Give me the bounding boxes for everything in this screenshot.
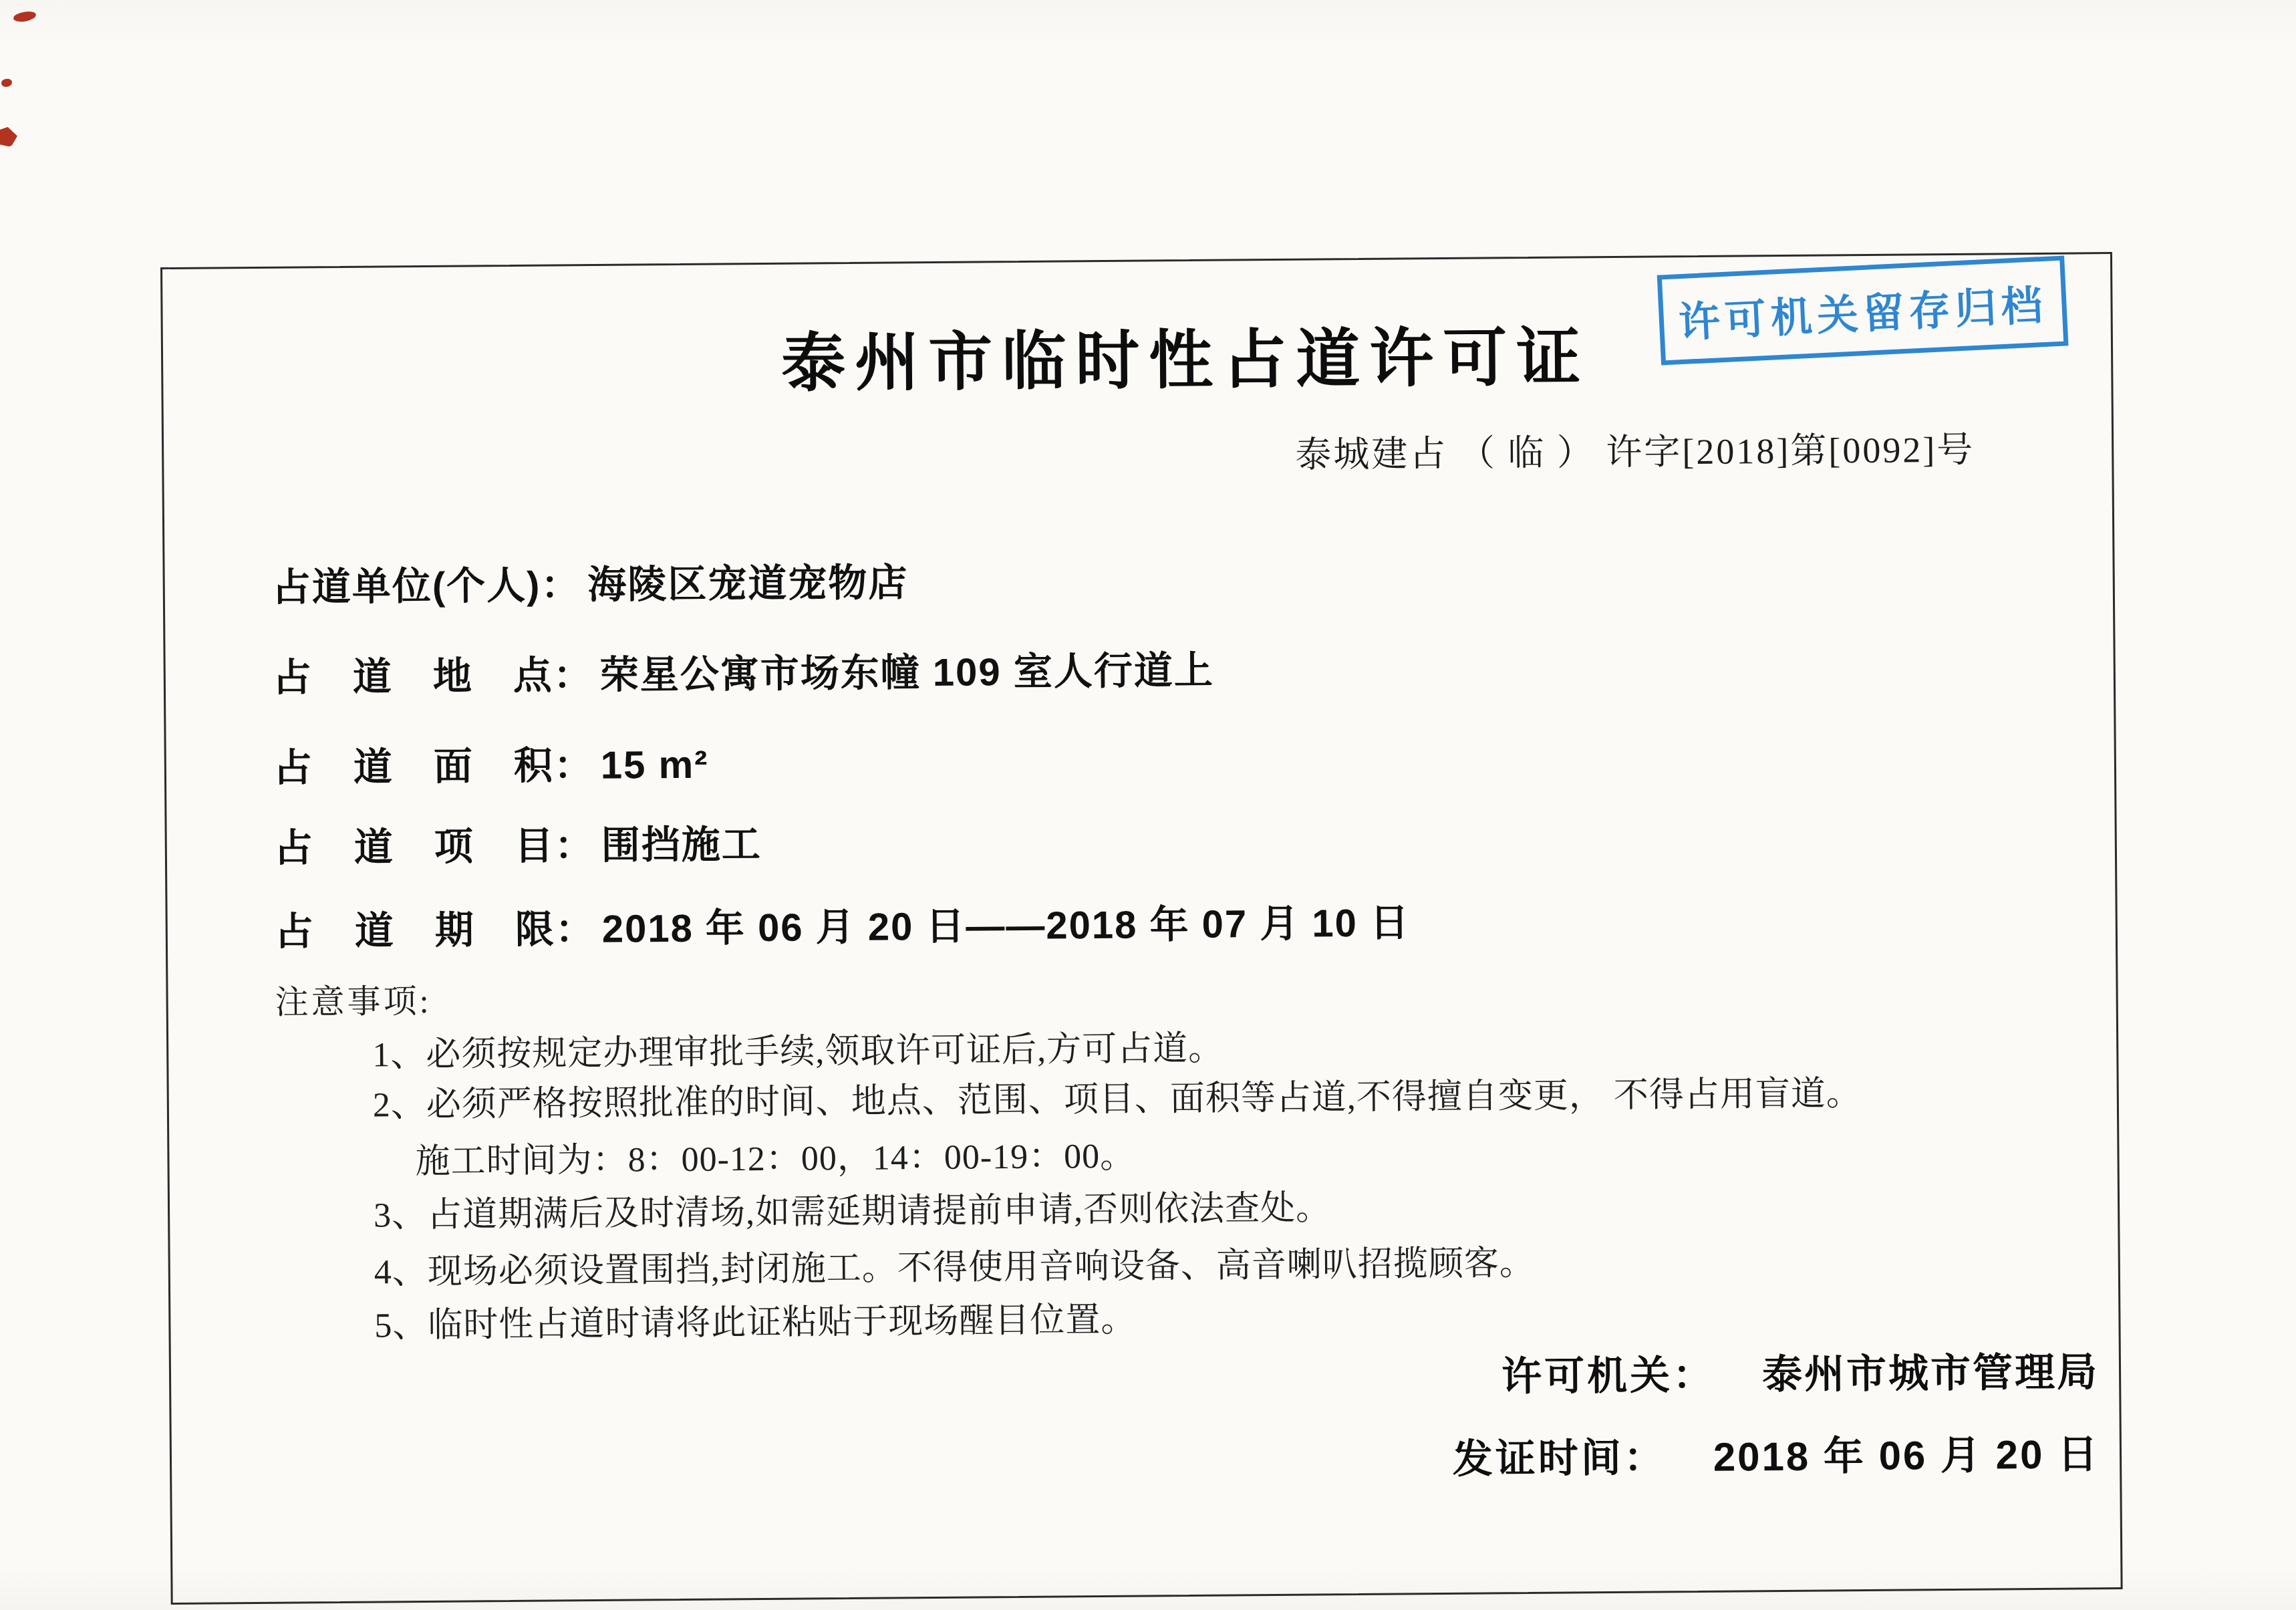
red-scan-artifact	[1, 79, 12, 87]
issuing-authority-row: 许可机关： 泰州市城市管理局	[1501, 1340, 2100, 1402]
archival-stamp: 许可机关留存归档	[1657, 255, 2069, 365]
field-period: 占 道 期 限：2018 年 06 月 20 日——2018 年 07 月 10…	[274, 891, 1410, 956]
field-project-value: 围挡施工	[601, 823, 762, 867]
field-occupier: 占道单位(个人)：海陵区宠道宠物店	[271, 551, 908, 612]
issuing-authority-value: 泰州市城市管理局	[1762, 1340, 2100, 1400]
issue-date-value: 2018 年 06 月 20 日	[1713, 1422, 2100, 1483]
issue-date-row: 发证时间： 2018 年 06 月 20 日	[1452, 1422, 2100, 1485]
issuing-authority-label: 许可机关：	[1501, 1343, 1716, 1403]
red-scan-artifact	[13, 11, 37, 23]
field-location: 占 道 地 点：荣星公寓市场东幢 109 室人行道上	[272, 639, 1214, 702]
field-area-label: 占 道 面 积：	[273, 744, 595, 790]
note-item-4: 4、现场必须设置围挡,封闭施工。不得使用音响设备、高音喇叭招揽顾客。	[374, 1234, 1535, 1294]
note-item-3: 3、占道期满后及时清场,如需延期请提前申请,否则依法查处。	[374, 1179, 1332, 1236]
field-location-label: 占 道 地 点：	[273, 654, 594, 700]
document-number: 泰城建占 （ 临 ） 许字[2018]第[0092]号	[1295, 421, 1975, 478]
field-period-value: 2018 年 06 月 20 日——2018 年 07 月 10 日	[602, 901, 1411, 950]
permit-title: 泰州市临时性占道许可证	[781, 306, 1590, 404]
note-item-5: 5、临时性占道时请将此证粘贴于现场醒目位置。	[374, 1291, 1137, 1347]
permit-border-frame: 泰州市临时性占道许可证 许可机关留存归档 泰城建占 （ 临 ） 许字[2018]…	[160, 252, 2123, 1605]
field-area: 占 道 面 积：15 m²	[273, 733, 709, 793]
note-item-2-continuation: 施工时间为：8：00-12：00，14：00-19：00。	[415, 1127, 1135, 1183]
issue-date-label: 发证时间：	[1452, 1426, 1667, 1485]
field-area-value: 15 m²	[601, 743, 709, 787]
field-project-label: 占 道 项 目：	[274, 824, 595, 870]
field-occupier-label: 占道单位(个人)：	[272, 563, 581, 610]
field-occupier-value: 海陵区宠道宠物店	[587, 561, 909, 607]
red-scan-artifact	[0, 127, 17, 147]
note-item-1: 1、必须按规定办理审批手续,领取许可证后,方可占道。	[372, 1020, 1224, 1077]
scanned-permit-page: 泰州市临时性占道许可证 许可机关留存归档 泰城建占 （ 临 ） 许字[2018]…	[0, 0, 2296, 1610]
notes-heading: 注意事项:	[275, 974, 431, 1024]
field-project: 占 道 项 目：围挡施工	[273, 813, 762, 873]
field-location-value: 荣星公寓市场东幢 109 室人行道上	[600, 649, 1214, 697]
field-period-label: 占 道 期 限：	[275, 908, 596, 954]
